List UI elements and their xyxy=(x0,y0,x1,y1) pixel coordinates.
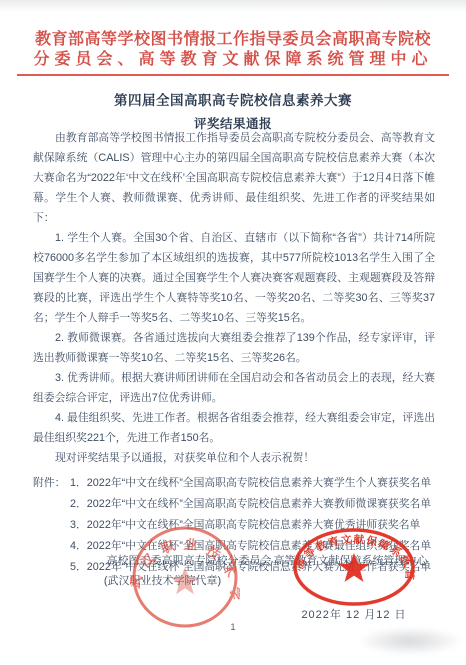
document-body: 由教育部高等学校图书情报工作指导委员会高职高专院校分委员会、高等教育文献保障系统… xyxy=(33,128,435,578)
document-page: 教育部高等学校图书情报工作指导委员会高职高专院校 分委员会、高等教育文献保障系统… xyxy=(0,0,466,665)
scan-smudge xyxy=(358,627,462,655)
paragraph-student-contest: 1. 学生个人赛。全国30个省、自治区、直辖市（以下简称“各省”）共计714所院… xyxy=(33,228,435,328)
signature-right-org: 高等教育文献保障系统管理中心 xyxy=(264,552,437,568)
paragraph-excellent-lecturer: 3. 优秀讲师。根据大赛讲师团讲师在全国启动会和各省动员会上的表现，经大赛组委会… xyxy=(33,368,435,408)
attachments-label: 附件： xyxy=(33,473,70,494)
paragraph-congratulations: 现对评奖结果予以通报，对获奖单位和个人表示祝贺！ xyxy=(33,448,435,468)
paragraph-teacher-microcourse: 2. 教师微课赛。各省通过选拔向大赛组委会推荐了139个作品，经专家评审，评选出… xyxy=(33,328,435,368)
signature-left-org: 高校图工委高职高专院校分委员会 xyxy=(96,552,282,568)
paragraph-organization-award: 4. 最佳组织奖、先进工作者。根据各省组委会推荐，经大赛组委会审定，评选出最佳组… xyxy=(33,408,435,448)
signature-left-note: (武汉职业技术学院代章) xyxy=(75,572,250,588)
paragraph-intro: 由教育部高等学校图书情报工作指导委员会高职高专院校分委员会、高等教育文献保障系统… xyxy=(33,128,435,228)
header-line-1: 教育部高等学校图书情报工作指导委员会高职高专院校 xyxy=(24,30,442,50)
attachment-item: 2．2022年“中文在线杯”全国高职高专院校信息素养大赛教师微课赛获奖名单 xyxy=(33,494,435,515)
header-line-2: 分委员会、高等教育文献保障系统管理中心 xyxy=(24,50,442,70)
doc-title: 第四届全国高职高专院校信息素养大赛 xyxy=(30,89,436,109)
document-header: 教育部高等学校图书情报工作指导委员会高职高专院校 分委员会、高等教育文献保障系统… xyxy=(24,30,442,69)
red-separator-line xyxy=(17,74,449,76)
signature-date: 2022年 12 月12 日 xyxy=(278,606,430,622)
attachment-item: 附件： 1．2022年“中文在线杯”全国高职高专院校信息素养大赛学生个人赛获奖名… xyxy=(33,473,435,494)
attachment-item: 3．2022年“中文在线杯”全国高职高专院校信息素养大赛优秀讲师获奖名单 xyxy=(33,515,435,536)
